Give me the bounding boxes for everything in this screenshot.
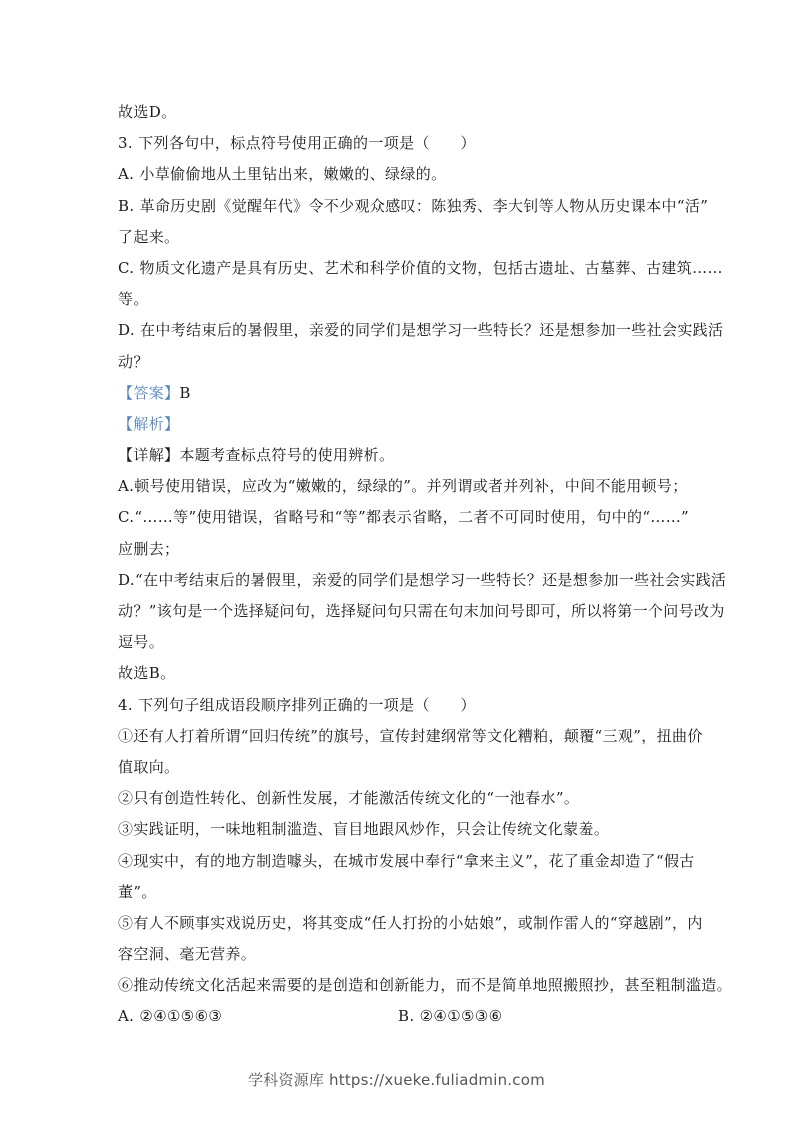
q3-detail-d-line3: 逗号。 bbox=[118, 631, 678, 662]
q3-detail-intro: 【详解】本题考查标点符号的使用辨析。 bbox=[118, 444, 678, 475]
q4-sentence-2: ②只有创造性转化、创新性发展，才能激活传统文化的“一池春水”。 bbox=[118, 787, 678, 818]
q2-conclusion: 故选D。 bbox=[118, 101, 678, 132]
q3-option-d-line2: 动？ bbox=[118, 351, 678, 382]
footer-watermark: 学科资源库 https://xueke.fuliadmin.com bbox=[0, 1069, 793, 1090]
q4-sentence-5-line1: ⑤有人不顾事实戏说历史，将其变成“任人打扮的小姑娘”，或制作雷人的“穿越剧”，内 bbox=[118, 912, 678, 943]
q4-stem: 4. 下列句子组成语段顺序排列正确的一项是（ ） bbox=[118, 694, 678, 725]
q4-sentence-1-line2: 值取向。 bbox=[118, 756, 678, 787]
document-page: 故选D。 3. 下列各句中，标点符号使用正确的一项是（ ） A. 小草偷偷地从土… bbox=[118, 101, 678, 1037]
q4-options: A. ②④①⑤⑥③ B. ②④①⑤③⑥ bbox=[118, 1005, 678, 1036]
q3-analysis: 【解析】 bbox=[118, 413, 678, 444]
q3-answer: 【答案】B bbox=[118, 382, 678, 413]
q3-option-b-line2: 了起来。 bbox=[118, 226, 678, 257]
q3-detail-c-line1: C.“……等”使用错误，省略号和“等”都表示省略，二者不可同时使用，句中的“……… bbox=[118, 506, 678, 537]
q4-option-a: A. ②④①⑤⑥③ bbox=[118, 1005, 398, 1036]
analysis-label: 【解析】 bbox=[118, 415, 179, 433]
q3-stem: 3. 下列各句中，标点符号使用正确的一项是（ ） bbox=[118, 132, 678, 163]
q3-detail-c-line2: 应删去； bbox=[118, 538, 678, 569]
q3-option-c-line2: 等。 bbox=[118, 288, 678, 319]
q3-option-b-line1: B. 革命历史剧《觉醒年代》令不少观众感叹：陈独秀、李大钊等人物从历史课本中“活… bbox=[118, 195, 678, 226]
q4-sentence-6: ⑥推动传统文化活起来需要的是创造和创新能力，而不是简单地照搬照抄，甚至粗制滥造。 bbox=[118, 974, 678, 1005]
answer-value: B bbox=[179, 384, 190, 402]
q4-sentence-1-line1: ①还有人打着所谓“回归传统”的旗号，宣传封建纲常等文化糟粕，颠覆“三观”，扭曲价 bbox=[118, 725, 678, 756]
detail-intro: 本题考查标点符号的使用辨析。 bbox=[179, 446, 394, 464]
q3-option-d-line1: D. 在中考结束后的暑假里，亲爱的同学们是想学习一些特长？还是想参加一些社会实践… bbox=[118, 319, 678, 350]
q3-option-c-line1: C. 物质文化遗产是具有历史、艺术和科学价值的文物，包括古遗址、古墓葬、古建筑…… bbox=[118, 257, 678, 288]
answer-label: 【答案】 bbox=[118, 384, 179, 402]
q4-sentence-4-line2: 董”。 bbox=[118, 881, 678, 912]
detail-label: 【详解】 bbox=[118, 446, 179, 464]
q4-sentence-3: ③实践证明，一味地粗制滥造、盲目地跟风炒作，只会让传统文化蒙羞。 bbox=[118, 818, 678, 849]
q4-sentence-4-line1: ④现实中，有的地方制造噱头，在城市发展中奉行“拿来主义”，花了重金却造了“假古 bbox=[118, 850, 678, 881]
q3-conclusion: 故选B。 bbox=[118, 662, 678, 693]
q3-detail-d-line1: D.“在中考结束后的暑假里，亲爱的同学们是想学习一些特长？还是想参加一些社会实践… bbox=[118, 569, 678, 600]
q4-option-b: B. ②④①⑤③⑥ bbox=[398, 1005, 678, 1036]
q3-detail-a: A.顿号使用错误，应改为“嫩嫩的，绿绿的”。并列谓或者并列补，中间不能用顿号； bbox=[118, 475, 678, 506]
q4-sentence-5-line2: 容空洞、毫无营养。 bbox=[118, 943, 678, 974]
q3-detail-d-line2: 动？”该句是一个选择疑问句，选择疑问句只需在句末加问号即可，所以将第一个问号改为 bbox=[118, 600, 678, 631]
q3-option-a: A. 小草偷偷地从土里钻出来，嫩嫩的、绿绿的。 bbox=[118, 163, 678, 194]
